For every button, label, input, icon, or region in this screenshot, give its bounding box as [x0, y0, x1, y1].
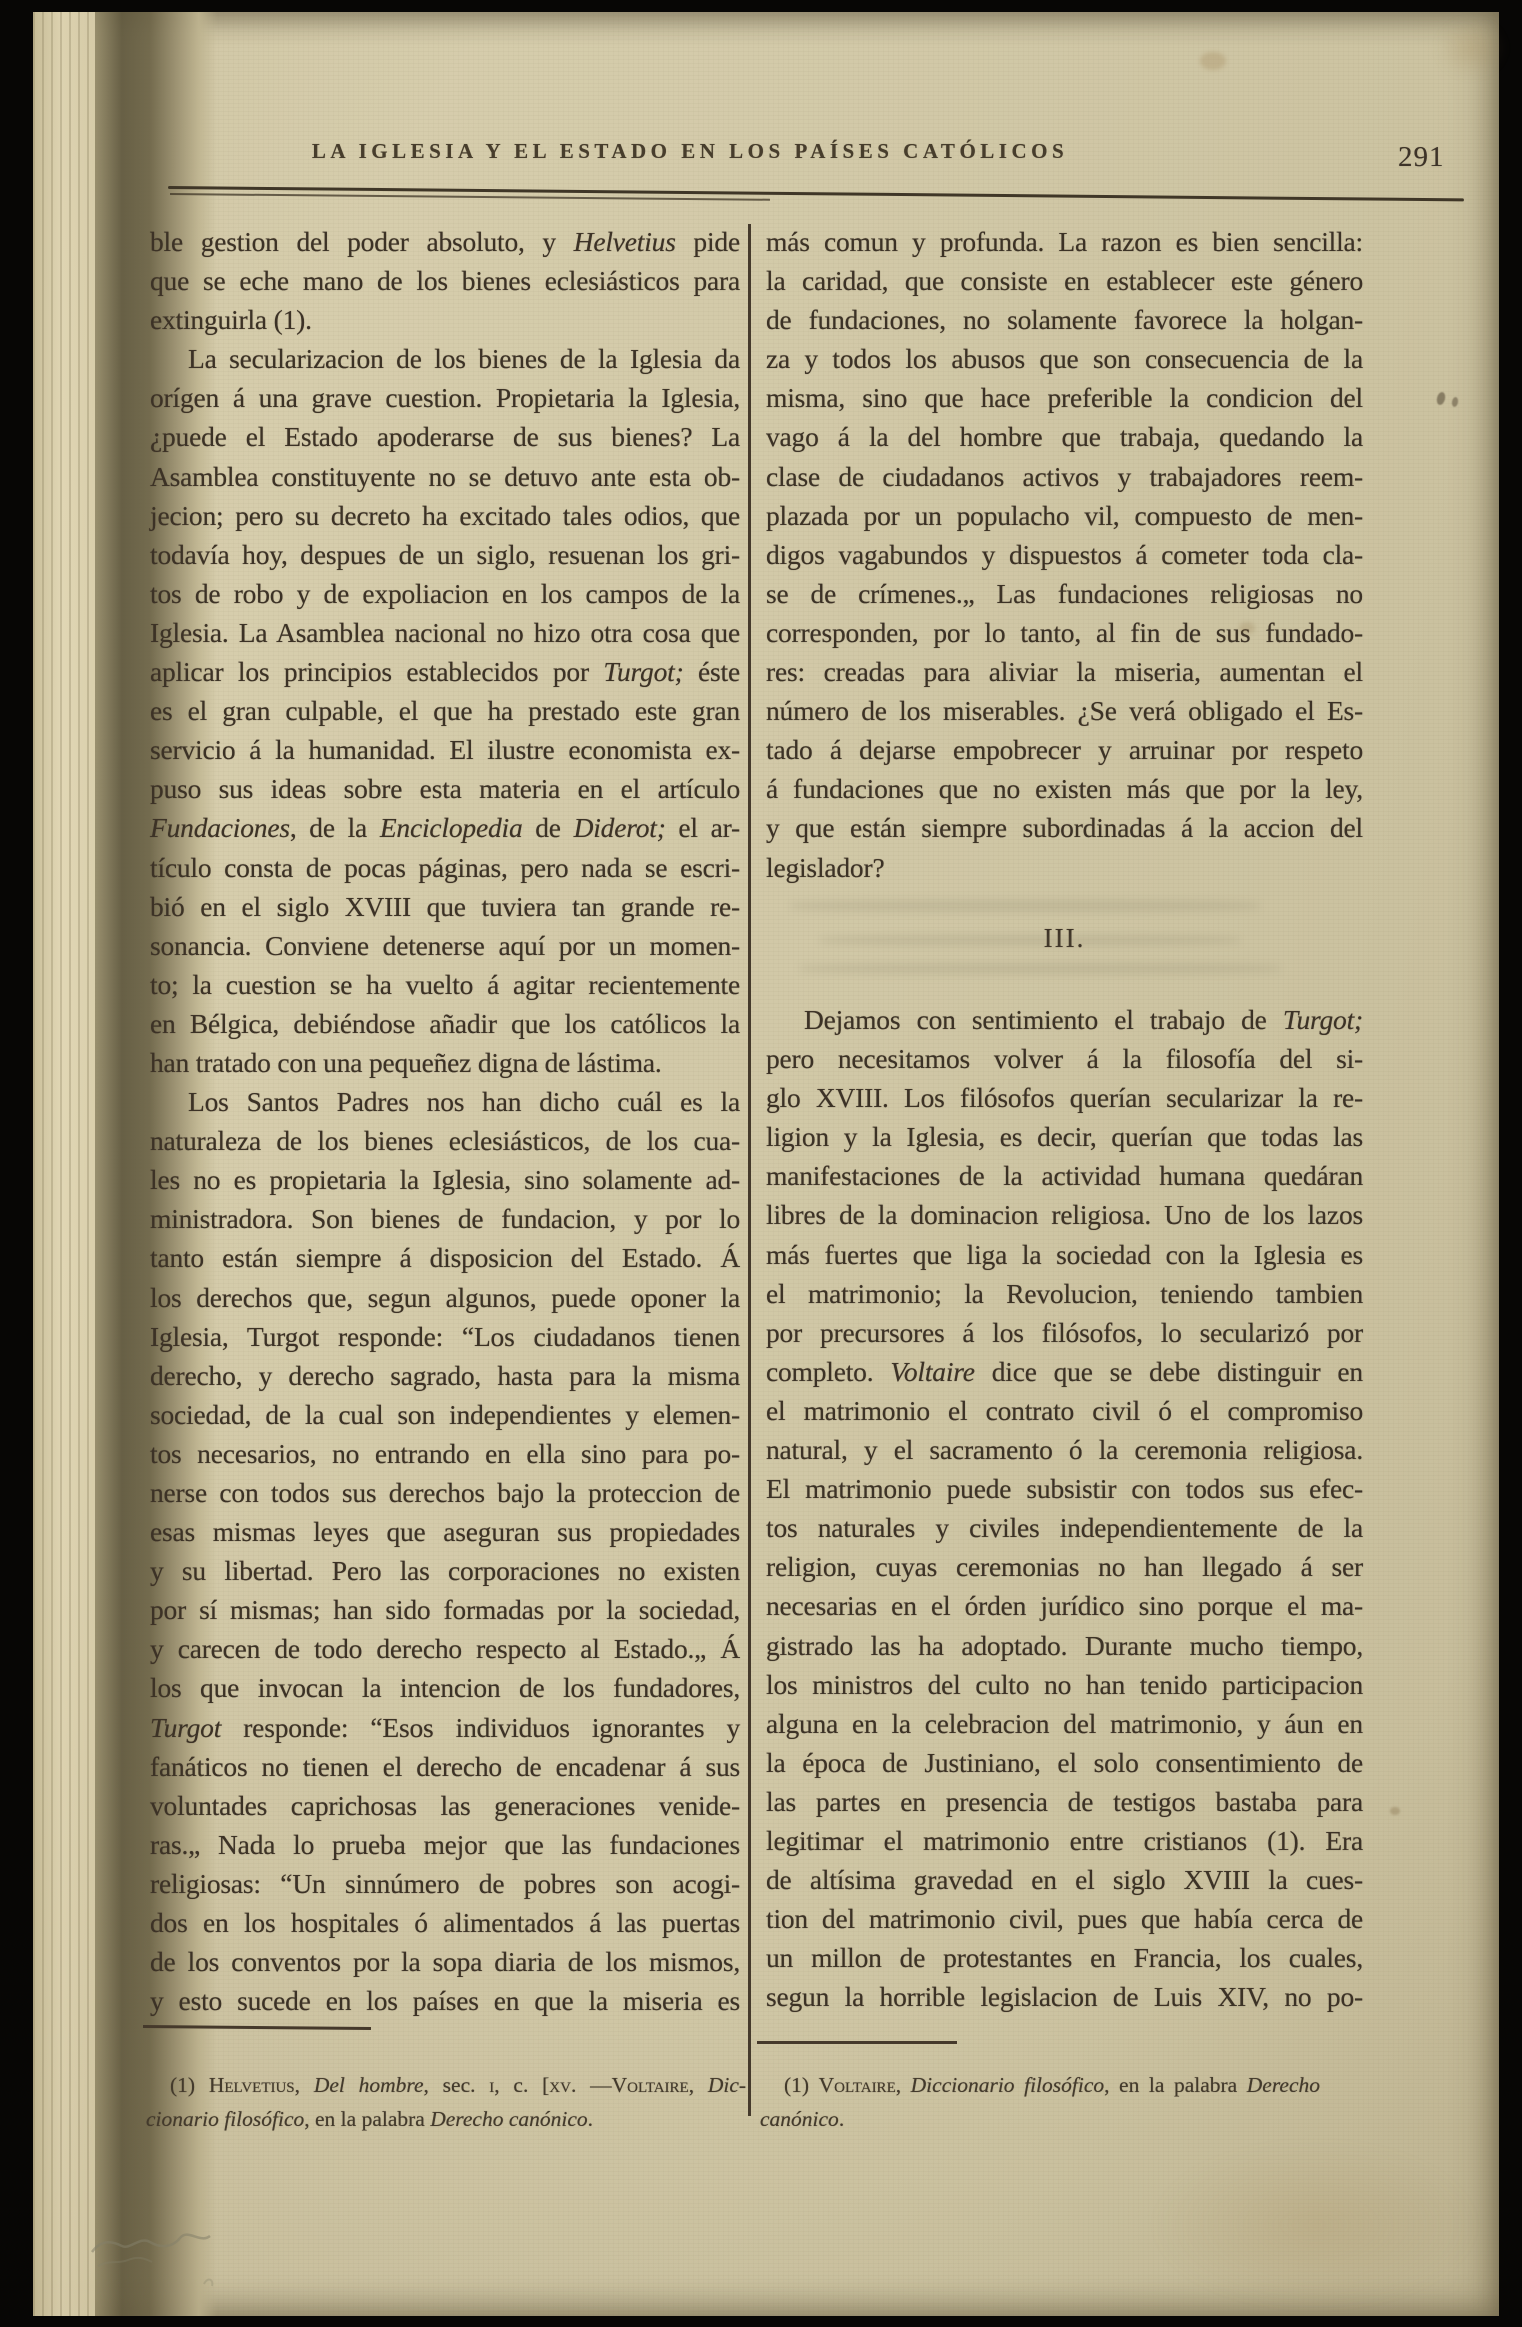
text-line: necesarias en el órden jurídico sino por… [766, 1586, 1363, 1625]
text-line: corresponden, por lo tanto, al fin de su… [766, 613, 1363, 652]
running-header-title: LA IGLESIA Y EL ESTADO EN LOS PAÍSES CAT… [190, 139, 1190, 164]
section-heading: III. [766, 923, 1363, 954]
text-line: tion del matrimonio civil, pues que habí… [766, 1899, 1363, 1938]
text-line: religiosas: “Un sinnúmero de pobres son … [150, 1864, 740, 1903]
text-line: tos necesarios, no entrando en ella sino… [150, 1434, 740, 1473]
text-line: esas mismas leyes que aseguran sus propi… [150, 1512, 740, 1551]
text-line: la época de Justiniano, el solo consenti… [766, 1743, 1363, 1782]
text-line: ligion y la Iglesia, es decir, querían q… [766, 1117, 1363, 1156]
facing-page-edge [33, 12, 95, 2316]
text-line: ¿puede el Estado apoderarse de sus biene… [150, 417, 740, 456]
text-line: se de crímenes.„ Las fundaciones religio… [766, 574, 1363, 613]
text-line: las partes en presencia de testigos bast… [766, 1782, 1363, 1821]
page-number: 291 [1398, 141, 1445, 174]
text-line: Turgot responde: “Esos individuos ignora… [150, 1708, 740, 1747]
text-line: un millon de protestantes en Francia, lo… [766, 1938, 1363, 1977]
text-line: (1) Helvetius, Del hombre, sec. i, c. [x… [146, 2068, 746, 2102]
text-line: Los Santos Padres nos han dicho cuál es … [150, 1082, 740, 1121]
text-line: tos de robo y de expoliacion en los camp… [150, 574, 740, 613]
text-line: tículo consta de pocas páginas, pero nad… [150, 848, 740, 887]
text-line: más fuertes que liga la sociedad con la … [766, 1235, 1363, 1274]
text-line: jecion; pero su decreto ha excitado tale… [150, 496, 740, 535]
text-line: los que invocan la intencion de los fund… [150, 1668, 740, 1707]
scanned-book-photo: LA IGLESIA Y EL ESTADO EN LOS PAÍSES CAT… [0, 0, 1522, 2327]
text-line: to; la cuestion se ha vuelto á agitar re… [150, 965, 740, 1004]
column-divider [748, 224, 751, 2116]
text-line: gistrado las ha adoptado. Durante mucho … [766, 1626, 1363, 1665]
text-line: derecho, y derecho sagrado, hasta para l… [150, 1356, 740, 1395]
text-line: cionario filosófico, en la palabra Derec… [146, 2102, 746, 2136]
text-line: servicio á la humanidad. El ilustre econ… [150, 730, 740, 769]
text-line: y carecen de todo derecho respecto al Es… [150, 1629, 740, 1668]
text-line: glo XVIII. Los filósofos querían secular… [766, 1078, 1363, 1117]
text-line: (1) Voltaire, Diccionario filosófico, en… [760, 2068, 1320, 2102]
text-line: bió en el siglo XVIII que tuviera tan gr… [150, 887, 740, 926]
text-line: tanto están siempre á disposicion del Es… [150, 1238, 740, 1277]
text-line: segun la horrible legislacion de Luis XI… [766, 1977, 1363, 2016]
text-line: libres de la dominacion religiosa. Uno d… [766, 1195, 1363, 1234]
text-line: natural, y el sacramento ó la ceremonia … [766, 1430, 1363, 1469]
text-line: Iglesia. La Asamblea nacional no hizo ot… [150, 613, 740, 652]
text-line: Iglesia, Turgot responde: “Los ciudadano… [150, 1317, 740, 1356]
text-line: extinguirla (1). [150, 300, 740, 339]
text-line: la caridad, que consiste en establecer e… [766, 261, 1363, 300]
text-line: legitimar el matrimonio entre cristianos… [766, 1821, 1363, 1860]
text-line: de altísima gravedad en el siglo XVIII l… [766, 1860, 1363, 1899]
text-line: que se eche mano de los bienes eclesiást… [150, 261, 740, 300]
text-line: los derechos que, segun algunos, puede o… [150, 1278, 740, 1317]
text-line: Asamblea constituyente no se detuvo ante… [150, 457, 740, 496]
text-line: tado á dejarse empobrecer y arruinar por… [766, 730, 1363, 769]
text-line: es el gran culpable, el que ha prestado … [150, 691, 740, 730]
text-line: los ministros del culto no han tenido pa… [766, 1665, 1363, 1704]
text-line: digos vagabundos y dispuestos á cometer … [766, 535, 1363, 574]
text-line: en Bélgica, debiéndose añadir que los ca… [150, 1004, 740, 1043]
footnote-right: (1) Voltaire, Diccionario filosófico, en… [760, 2068, 1320, 2136]
text-line: y que están siempre subordinadas á la ac… [766, 808, 1363, 847]
footnote-left: (1) Helvetius, Del hombre, sec. i, c. [x… [146, 2068, 746, 2136]
text-line: de los conventos por la sopa diaria de l… [150, 1942, 740, 1981]
text-line: religion, cuyas ceremonias no han llegad… [766, 1547, 1363, 1586]
left-column: ble gestion del poder absoluto, y Helvet… [150, 222, 740, 2020]
text-line: Fundaciones, de la Enciclopedia de Dider… [150, 808, 740, 847]
text-line: puso sus ideas sobre esta materia en el … [150, 769, 740, 808]
text-line: todavía hoy, despues de un siglo, resuen… [150, 535, 740, 574]
text-line: tos naturales y civiles independientemen… [766, 1508, 1363, 1547]
footnote-separator-right [757, 2041, 957, 2044]
text-line: orígen á una grave cuestion. Propietaria… [150, 378, 740, 417]
text-line: pero necesitamos volver á la filosofía d… [766, 1039, 1363, 1078]
text-line: nerse con todos sus derechos bajo la pro… [150, 1473, 740, 1512]
text-line: á fundaciones que no existen más que por… [766, 769, 1363, 808]
text-line: más comun y profunda. La razon es bien s… [766, 222, 1363, 261]
text-line: número de los miserables. ¿Se verá oblig… [766, 691, 1363, 730]
text-line: de fundaciones, no solamente favorece la… [766, 300, 1363, 339]
text-line: han tratado con una pequeñez digna de lá… [150, 1043, 740, 1082]
text-line: les no es propietaria la Iglesia, sino s… [150, 1160, 740, 1199]
text-line: dos en los hospitales ó alimentados á la… [150, 1903, 740, 1942]
text-line: naturaleza de los bienes eclesiásticos, … [150, 1121, 740, 1160]
text-line: por sí mismas; han sido formadas por la … [150, 1590, 740, 1629]
text-line: La secularizacion de los bienes de la Ig… [150, 339, 740, 378]
text-line: sociedad, de la cual son independientes … [150, 1395, 740, 1434]
text-line: y esto sucede en los países en que la mi… [150, 1981, 740, 2020]
text-line: ministradora. Son bienes de fundacion, y… [150, 1199, 740, 1238]
text-line: plazada por un populacho vil, compuesto … [766, 496, 1363, 535]
text-line: fanáticos no tienen el derecho de encade… [150, 1747, 740, 1786]
text-line: misma, sino que hace preferible la condi… [766, 378, 1363, 417]
text-line: ble gestion del poder absoluto, y Helvet… [150, 222, 740, 261]
text-line: canónico. [760, 2102, 1320, 2136]
text-line: ras.„ Nada lo prueba mejor que las funda… [150, 1825, 740, 1864]
text-line: y su libertad. Pero las corporaciones no… [150, 1551, 740, 1590]
text-line: manifestaciones de la actividad humana q… [766, 1156, 1363, 1195]
text-line: clase de ciudadanos activos y trabajador… [766, 457, 1363, 496]
text-line: por precursores á los filósofos, lo secu… [766, 1313, 1363, 1352]
text-line: za y todos los abusos que son consecuenc… [766, 339, 1363, 378]
right-column-lower: Dejamos con sentimiento el trabajo de Tu… [766, 1000, 1363, 2016]
right-column-upper: más comun y profunda. La razon es bien s… [766, 222, 1363, 887]
text-line: res: creadas para aliviar la miseria, au… [766, 652, 1363, 691]
text-line: completo. Voltaire dice que se debe dist… [766, 1352, 1363, 1391]
text-line: sonancia. Conviene detenerse aquí por un… [150, 926, 740, 965]
text-line: alguna en la celebracion del matrimonio,… [766, 1704, 1363, 1743]
text-line: vago á la del hombre que trabaja, quedan… [766, 417, 1363, 456]
text-line: El matrimonio puede subsistir con todos … [766, 1469, 1363, 1508]
text-line: aplicar los principios establecidos por … [150, 652, 740, 691]
text-line: legislador? [766, 848, 1363, 887]
text-line: el matrimonio; la Revolucion, teniendo t… [766, 1274, 1363, 1313]
text-line: Dejamos con sentimiento el trabajo de Tu… [766, 1000, 1363, 1039]
text-line: voluntades caprichosas las generaciones … [150, 1786, 740, 1825]
text-line: el matrimonio el contrato civil ó el com… [766, 1391, 1363, 1430]
